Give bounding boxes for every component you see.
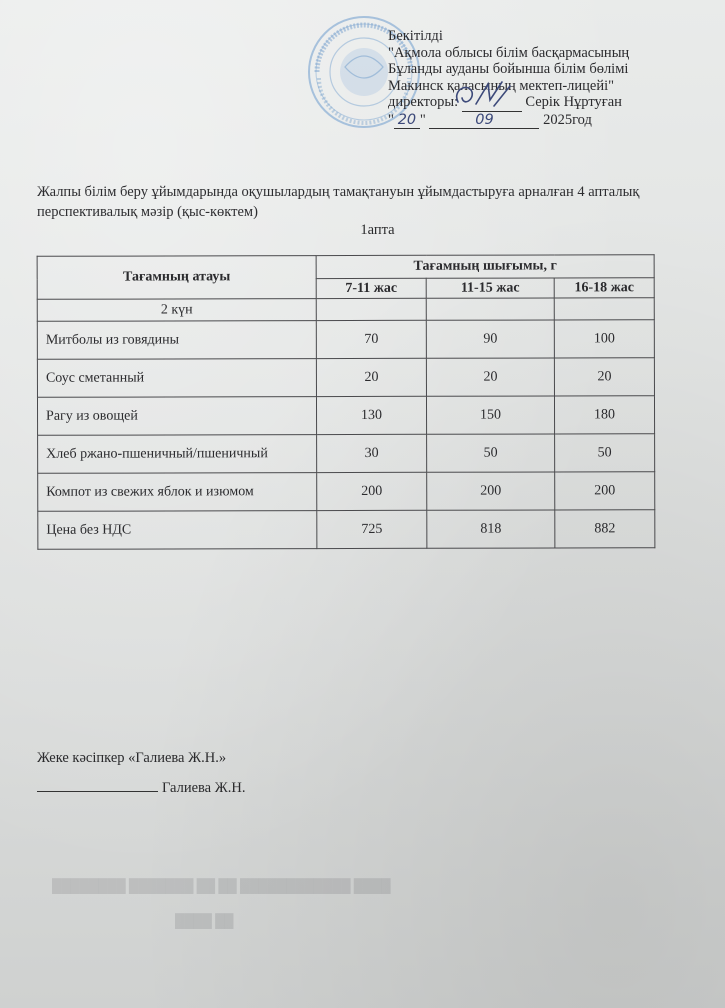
yield-value: 90 bbox=[426, 320, 554, 358]
price-value: 882 bbox=[555, 510, 655, 548]
director-label: директоры: bbox=[388, 94, 458, 110]
menu-table: Тағамның атауы Тағамның шығымы, г 7-11 ж… bbox=[37, 254, 656, 550]
table-row: Хлеб ржано-пшеничный/пшеничный 30 50 50 bbox=[38, 434, 655, 474]
dish-name: Соус сметанный bbox=[37, 359, 316, 398]
bleed-through-text: ████ ██ bbox=[175, 913, 234, 929]
header-age-group: 11-15 жас bbox=[426, 278, 554, 298]
yield-value: 200 bbox=[317, 472, 427, 510]
yield-value: 20 bbox=[426, 358, 554, 396]
document-title: Жалпы білім беру ұйымдарында оқушылардың… bbox=[37, 182, 667, 222]
price-value: 818 bbox=[427, 510, 555, 548]
table-row: Рагу из овощей 130 150 180 bbox=[37, 396, 654, 436]
table-row: Митболы из говядины 70 90 100 bbox=[37, 320, 654, 360]
date-day: 20 bbox=[394, 112, 420, 130]
dish-name: Митболы из говядины bbox=[37, 321, 316, 360]
director-signature bbox=[450, 80, 528, 110]
table-row: Соус сметанный 20 20 20 bbox=[37, 358, 654, 398]
approval-line: Бұланды ауданы бойынша білім бөлімі bbox=[388, 61, 629, 78]
header-yield: Тағамның шығымы, г bbox=[316, 255, 654, 279]
yield-value: 200 bbox=[555, 472, 655, 510]
yield-value: 150 bbox=[426, 396, 554, 434]
yield-value: 70 bbox=[316, 320, 426, 358]
dish-name: Компот из свежих яблок и изюмом bbox=[38, 473, 317, 512]
entrepreneur-signature-line: Галиева Ж.Н. bbox=[37, 773, 245, 803]
header-age-group: 7-11 жас bbox=[316, 278, 426, 298]
yield-value: 50 bbox=[427, 434, 555, 472]
yield-value: 100 bbox=[554, 320, 654, 358]
table-row: Компот из свежих яблок и изюмом 200 200 … bbox=[38, 472, 655, 512]
yield-value: 200 bbox=[427, 472, 555, 510]
dish-name: Рагу из овощей bbox=[37, 397, 316, 436]
price-label: Цена без НДС bbox=[38, 511, 317, 550]
yield-value: 130 bbox=[316, 396, 426, 434]
header-dish-name: Тағамның атауы bbox=[37, 256, 316, 300]
week-label: 1апта bbox=[0, 222, 725, 239]
entrepreneur-name: Галиева Ж.Н. bbox=[162, 780, 245, 796]
director-name: Серік Нұртуған bbox=[525, 94, 622, 110]
header-age-group: 16-18 жас bbox=[554, 278, 654, 298]
approval-heading: Бекітілді bbox=[388, 28, 629, 45]
yield-value: 30 bbox=[317, 434, 427, 472]
price-value: 725 bbox=[317, 510, 427, 548]
yield-value: 50 bbox=[555, 434, 655, 472]
yield-value: 180 bbox=[554, 396, 654, 434]
date-year: 2025год bbox=[543, 112, 592, 128]
bleed-through-text: ████████ ███████ ██ ██ ████████████ ████ bbox=[52, 878, 391, 894]
approval-date: "20" 09 2025год bbox=[388, 112, 629, 130]
dish-name: Хлеб ржано-пшеничный/пшеничный bbox=[38, 435, 317, 474]
price-row: Цена без НДС 725 818 882 bbox=[38, 510, 655, 550]
yield-value: 20 bbox=[316, 358, 426, 396]
date-month: 09 bbox=[429, 112, 539, 130]
approval-block: Бекітілді "Ақмола облысы білім басқармас… bbox=[388, 28, 629, 129]
day-row: 2 күн bbox=[37, 298, 654, 322]
yield-value: 20 bbox=[554, 358, 654, 396]
signature-blank bbox=[37, 777, 158, 792]
approval-line: "Ақмола облысы білім басқармасының bbox=[388, 45, 629, 62]
entrepreneur-label: Жеке кәсіпкер «Галиева Ж.Н.» bbox=[37, 743, 245, 773]
signature-block: Жеке кәсіпкер «Галиева Ж.Н.» Галиева Ж.Н… bbox=[37, 743, 245, 803]
day-label: 2 күн bbox=[37, 299, 316, 322]
